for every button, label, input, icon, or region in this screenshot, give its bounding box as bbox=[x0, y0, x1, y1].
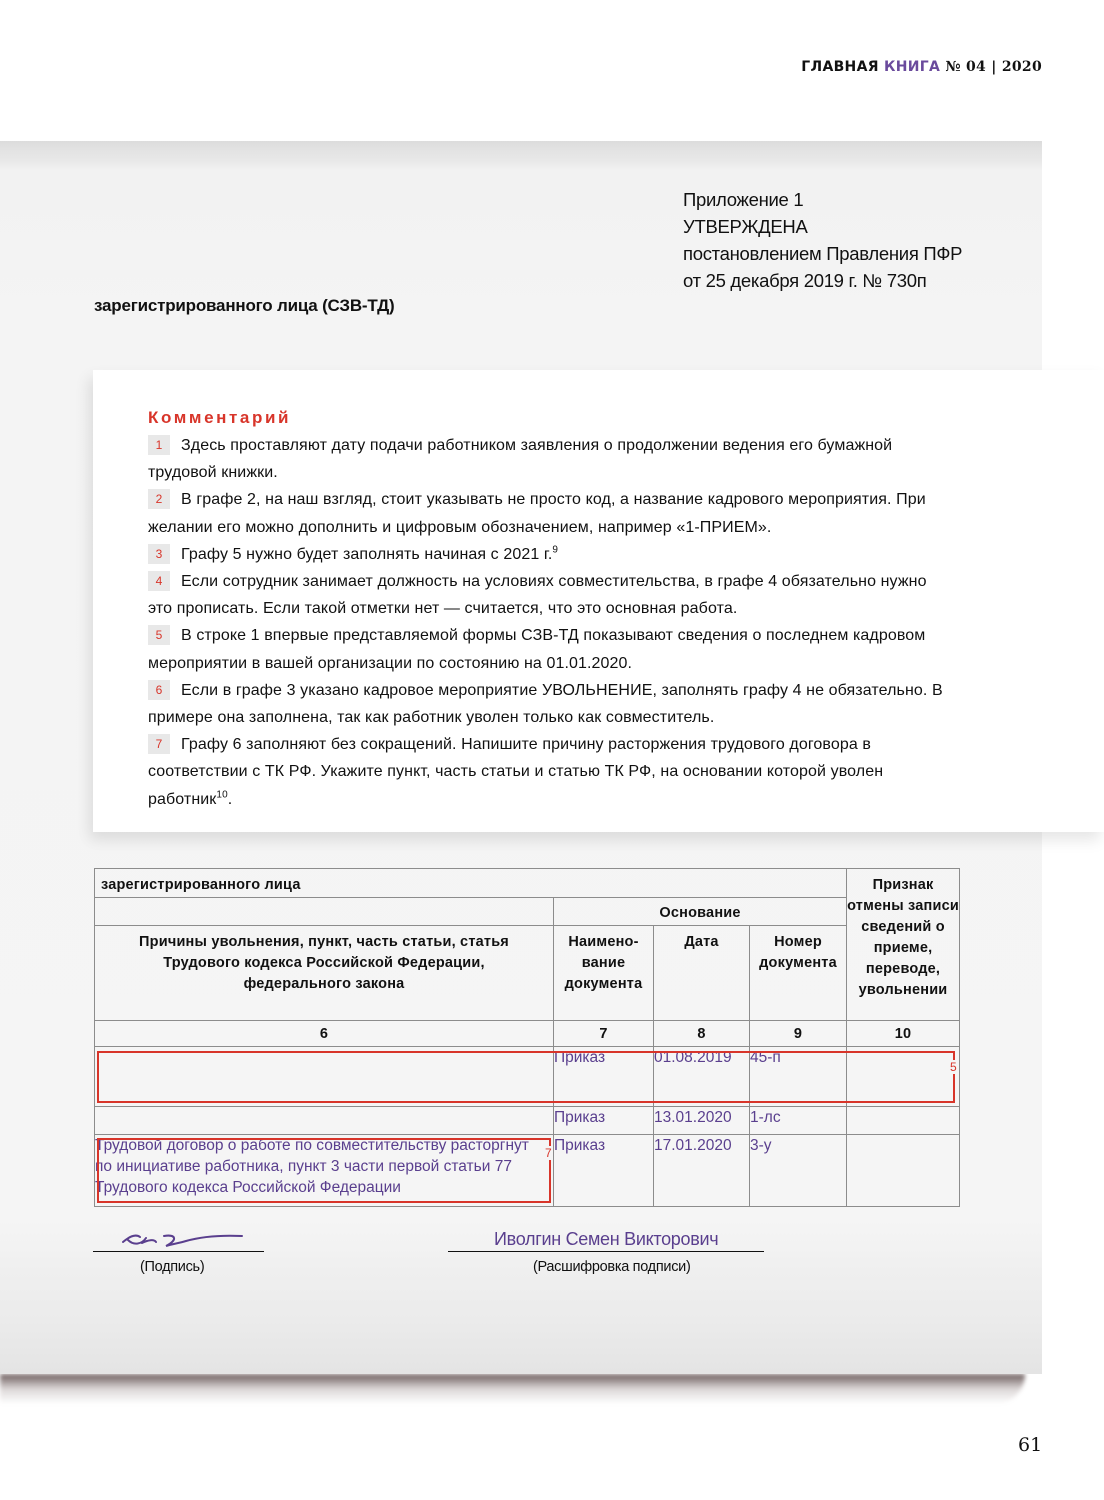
reason-cell bbox=[95, 1047, 554, 1107]
comment-number-badge: 5 bbox=[148, 625, 170, 645]
doc-name-cell: Приказ bbox=[554, 1107, 654, 1135]
form-table: зарегистрированного лица Признак отмены … bbox=[94, 868, 960, 1207]
comment-number-badge: 4 bbox=[148, 571, 170, 591]
signature-line bbox=[93, 1251, 264, 1252]
date-cell: 13.01.2020 bbox=[654, 1107, 750, 1135]
page-number: 61 bbox=[1018, 1434, 1042, 1456]
magazine-brand-part2: КНИГА bbox=[884, 59, 940, 75]
cancel-cell bbox=[847, 1107, 960, 1135]
approval-line: Приложение 1 bbox=[683, 186, 962, 213]
comment-number-badge: 1 bbox=[148, 435, 170, 455]
doc-number-cell: 3-у bbox=[750, 1135, 847, 1207]
doc-number-cell: 45-п bbox=[750, 1047, 847, 1107]
comment-item: 3Графу 5 нужно будет заполнять начиная с… bbox=[148, 541, 948, 568]
signature-scribble bbox=[120, 1228, 245, 1250]
comment-number-badge: 2 bbox=[148, 489, 170, 509]
doc-name-cell: Приказ bbox=[554, 1047, 654, 1107]
comment-number-badge: 6 bbox=[148, 680, 170, 700]
col-number: 10 bbox=[847, 1021, 960, 1047]
reason-cell: Трудовой договор о работе по совместител… bbox=[95, 1135, 554, 1207]
table-top-header: зарегистрированного лица bbox=[95, 869, 847, 898]
comment-number-badge: 3 bbox=[148, 544, 170, 564]
col-number: 9 bbox=[750, 1021, 847, 1047]
footnote-ref: 9 bbox=[552, 544, 558, 555]
approval-block: Приложение 1 УТВЕРЖДЕНА постановлением П… bbox=[683, 186, 962, 294]
issue-number: № 04 | 2020 bbox=[945, 59, 1042, 75]
comment-number-badge: 7 bbox=[148, 734, 170, 754]
comment-item: 5В строке 1 впервые представляемой формы… bbox=[148, 622, 948, 676]
form-title: зарегистрированного лица (СЗВ-ТД) bbox=[94, 296, 395, 316]
comment-item: 7Графу 6 заполняют без сокращений. Напиш… bbox=[148, 731, 948, 813]
col-number: 6 bbox=[95, 1021, 554, 1047]
marker-number: 7 bbox=[545, 1146, 552, 1160]
magazine-brand-part1: ГЛАВНАЯ bbox=[801, 59, 879, 75]
running-head: ГЛАВНАЯ КНИГА № 04 | 2020 bbox=[801, 59, 1042, 75]
marker-number: 5 bbox=[950, 1060, 957, 1074]
approval-line: от 25 декабря 2019 г. № 730п bbox=[683, 267, 962, 294]
doc-number-cell: 1-лс bbox=[750, 1107, 847, 1135]
cancel-cell bbox=[847, 1047, 960, 1107]
table-row: Трудовой договор о работе по совместител… bbox=[95, 1135, 960, 1207]
comment-box: Комментарий 1Здесь проставляют дату пода… bbox=[93, 370, 1104, 832]
empty-header-cell bbox=[95, 898, 554, 926]
signature-caption: (Подпись) bbox=[140, 1259, 204, 1275]
approval-line: УТВЕРЖДЕНА bbox=[683, 213, 962, 240]
name-line bbox=[448, 1251, 764, 1252]
comment-item: 4Если сотрудник занимает должность на ус… bbox=[148, 568, 948, 622]
table-row: Приказ 13.01.2020 1-лс bbox=[95, 1107, 960, 1135]
footnote-ref: 10 bbox=[216, 789, 227, 800]
basis-header: Основание bbox=[554, 898, 847, 926]
comment-title: Комментарий bbox=[148, 408, 291, 428]
sheet-shadow bbox=[0, 1374, 1025, 1404]
signer-name: Иволгин Семен Викторович bbox=[494, 1229, 718, 1250]
col7-header: Наимено-вание документа bbox=[554, 926, 654, 1021]
col6-header: Причины увольнения, пункт, часть статьи,… bbox=[95, 926, 554, 1021]
col-number: 7 bbox=[554, 1021, 654, 1047]
date-cell: 01.08.2019 bbox=[654, 1047, 750, 1107]
col9-header: Номер документа bbox=[750, 926, 847, 1021]
col10-header: Признак отмены записи сведений о приеме,… bbox=[847, 869, 960, 1021]
doc-name-cell: Приказ bbox=[554, 1135, 654, 1207]
approval-line: постановлением Правления ПФР bbox=[683, 240, 962, 267]
col8-header: Дата bbox=[654, 926, 750, 1021]
comment-item: 1Здесь проставляют дату подачи работнико… bbox=[148, 432, 948, 486]
name-caption: (Расшифровка подписи) bbox=[533, 1259, 690, 1275]
cancel-cell bbox=[847, 1135, 960, 1207]
comment-list: 1Здесь проставляют дату подачи работнико… bbox=[148, 432, 948, 813]
date-cell: 17.01.2020 bbox=[654, 1135, 750, 1207]
comment-item: 2В графе 2, на наш взгляд, стоит указыва… bbox=[148, 486, 948, 540]
col-number: 8 bbox=[654, 1021, 750, 1047]
comment-item: 6Если в графе 3 указано кадровое меропри… bbox=[148, 677, 948, 731]
table-row: Приказ 01.08.2019 45-п bbox=[95, 1047, 960, 1107]
reason-cell bbox=[95, 1107, 554, 1135]
